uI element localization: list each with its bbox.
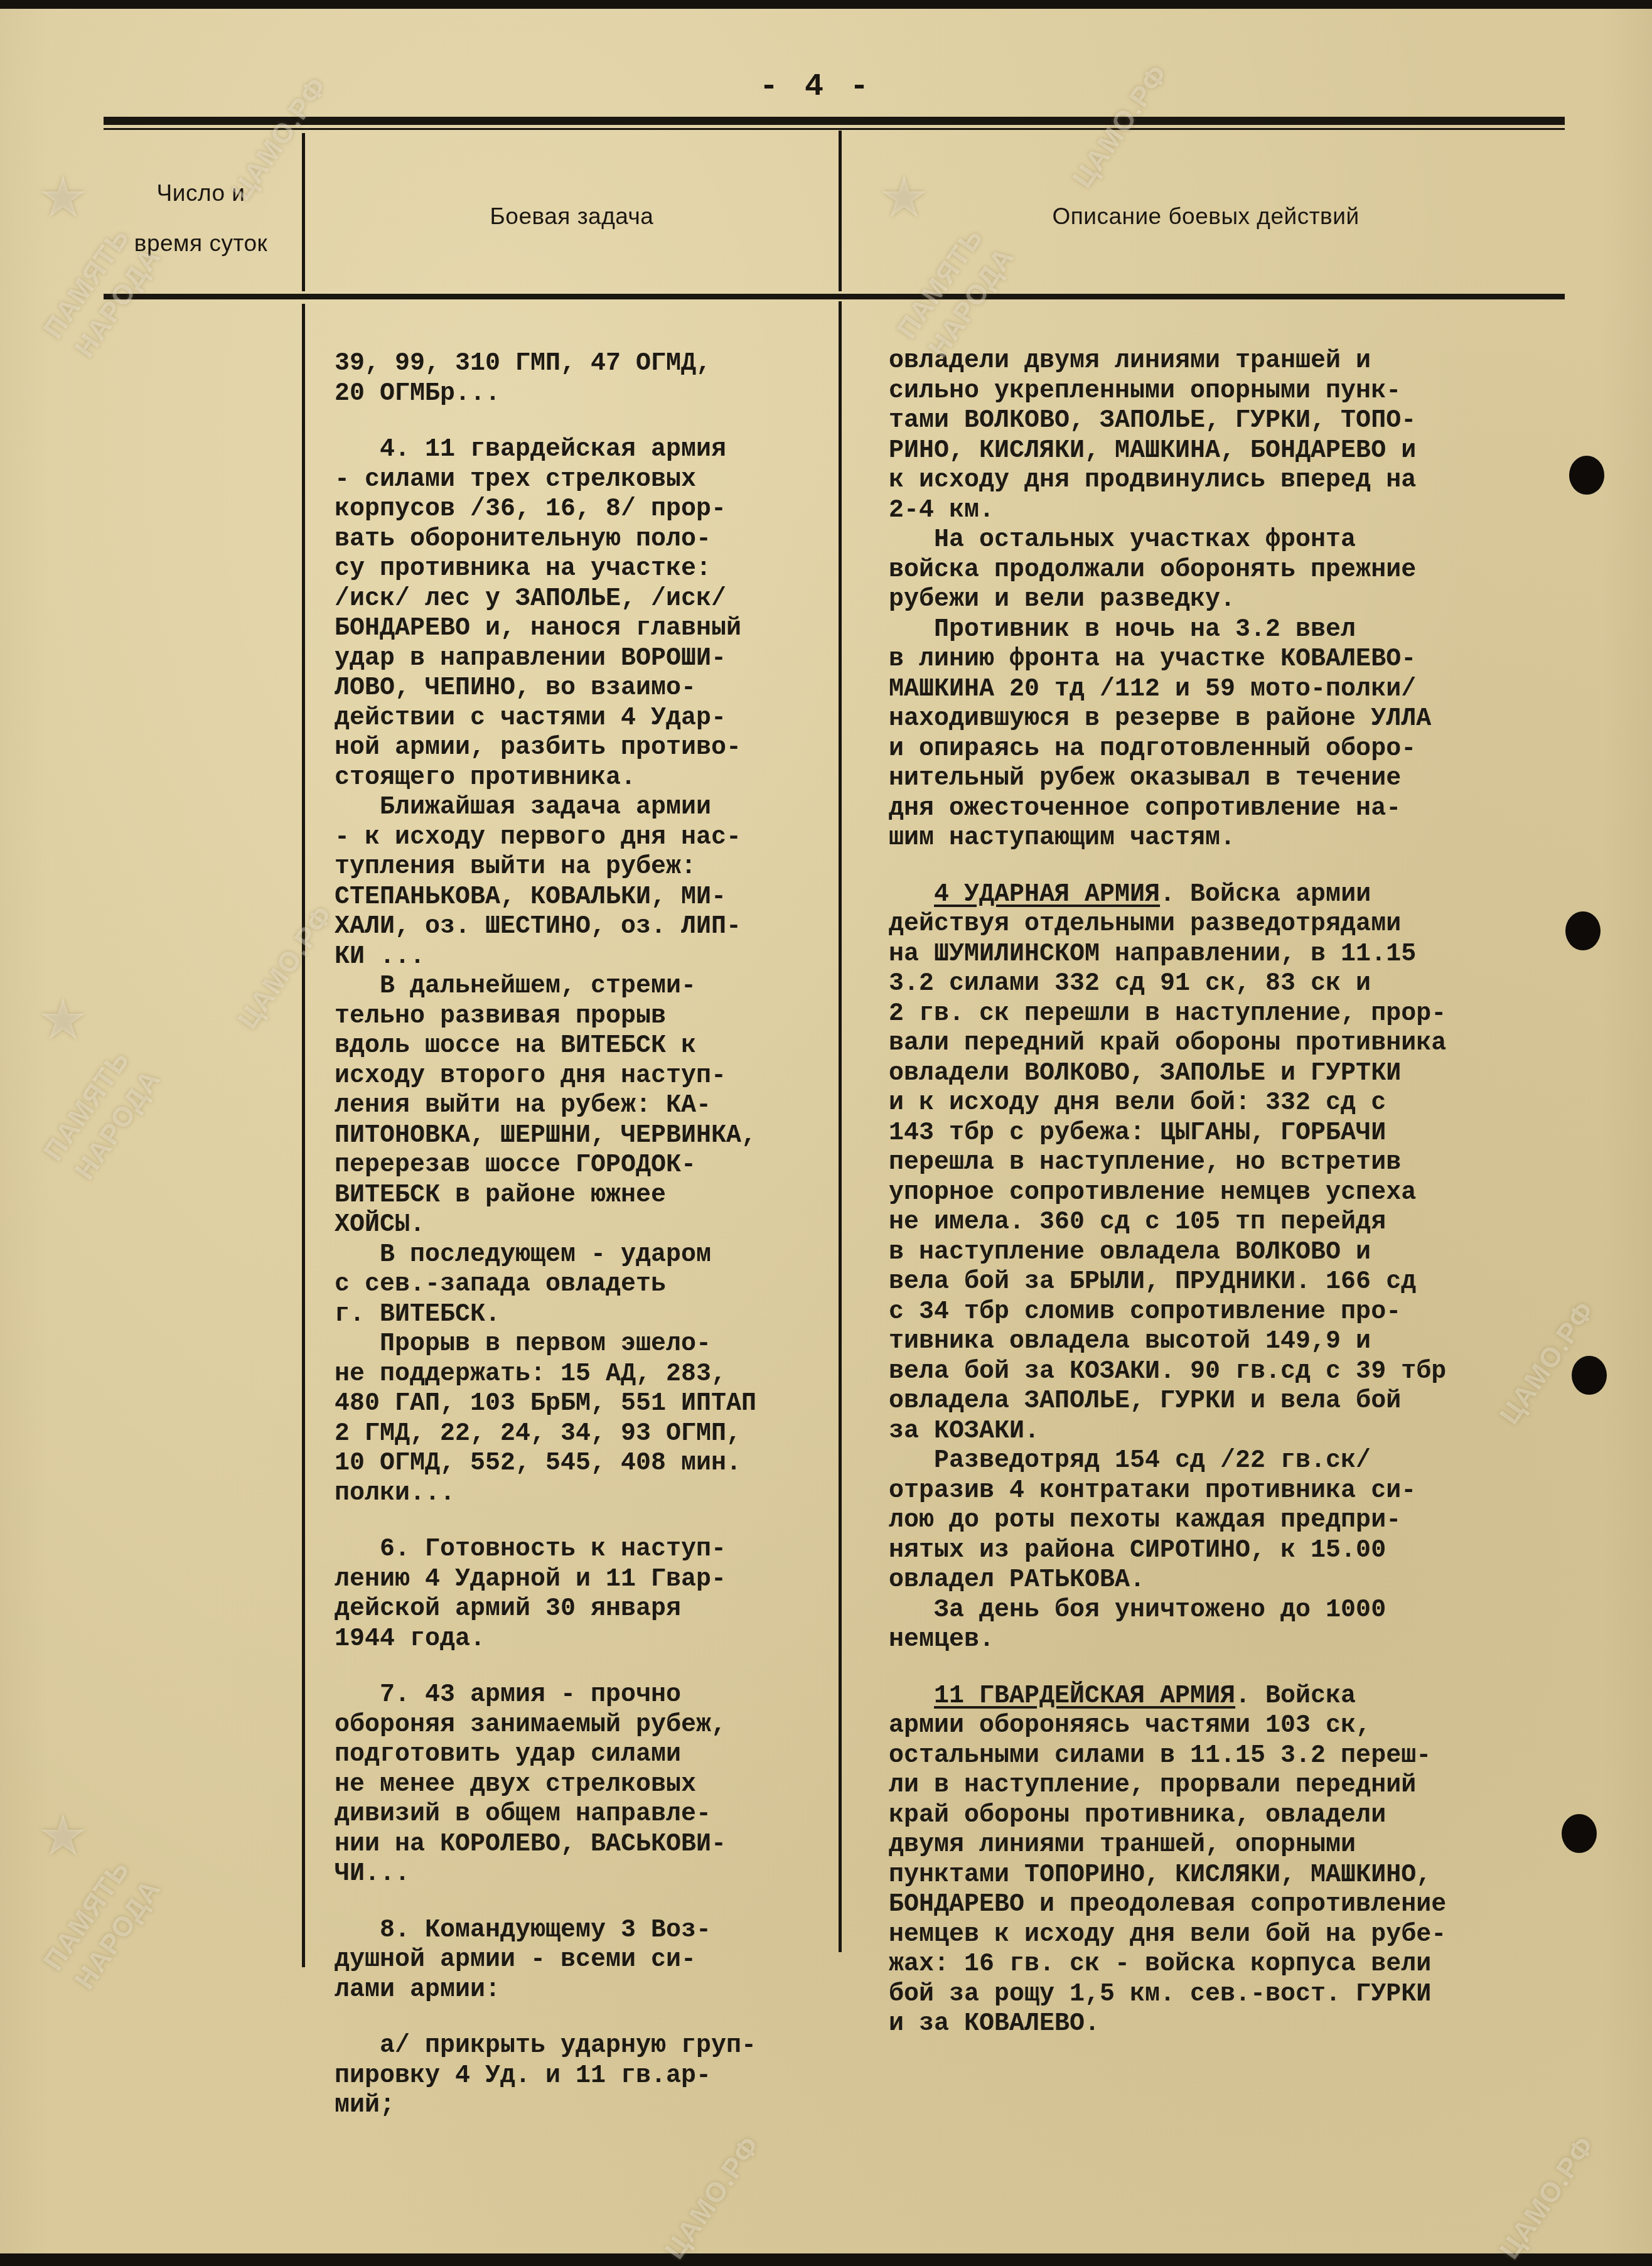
text-line: и за КОВАЛЕВО. — [889, 2009, 1446, 2039]
text-line: дня ожесточенное сопротивление на- — [889, 794, 1446, 824]
text-line: - к исходу первого дня нас- — [335, 823, 756, 853]
text-line: На остальных участках фронта — [889, 525, 1446, 556]
text-line: 39, 99, 310 ГМП, 47 ОГМД, — [335, 349, 756, 379]
watermark-star-icon: ★ — [879, 169, 935, 226]
text-line: Ближайшая задача армии — [335, 793, 756, 823]
text-line: СТЕПАНЬКОВА, КОВАЛЬКИ, МИ- — [335, 883, 756, 913]
underlined-heading: 4 УДАРНАЯ АРМИЯ — [934, 881, 1160, 909]
text-line: душной армии - всеми си- — [335, 1945, 756, 1975]
text-line: ВИТЕБСК в районе южнее — [335, 1181, 756, 1211]
text-line: мий; — [335, 2091, 756, 2121]
text-line: шим наступающим частям. — [889, 824, 1446, 854]
text-line: не поддержать: 15 АД, 283, — [335, 1360, 756, 1390]
text-line: вали передний край обороны противника — [889, 1029, 1446, 1059]
text-line: В дальнейшем, стреми- — [335, 972, 756, 1002]
text-line: 8. Командующему 3 Воз- — [335, 1916, 756, 1946]
text-line: лами армии: — [335, 1975, 756, 2006]
text-line: 2-4 км. — [889, 496, 1446, 526]
text-line: овладели двумя линиями траншей и — [889, 346, 1446, 377]
text-line: 4 УДАРНАЯ АРМИЯ. Войска армии — [889, 880, 1446, 910]
watermark-archive: ЦАМО.РФ — [659, 2130, 766, 2265]
text-line: БОНДАРЕВО и преодолевая сопротивление — [889, 1890, 1446, 1920]
paragraph-gap — [335, 1654, 756, 1680]
text-line: войска продолжали оборонять прежние — [889, 556, 1446, 586]
punch-hole — [1569, 456, 1604, 495]
text-line: нительный рубеж оказывал в течение — [889, 764, 1446, 794]
text-line: 2 гв. ск перешли в наступление, прор- — [889, 999, 1446, 1029]
underlined-heading: 11 ГВАРДЕЙСКАЯ АРМИЯ — [934, 1682, 1235, 1710]
watermark-star-icon: ★ — [38, 169, 94, 226]
header-bottom-rule — [104, 294, 1565, 299]
text-line: обороняя занимаемый рубеж, — [335, 1710, 756, 1741]
text-line: в линию фронта на участке КОВАЛЕВО- — [889, 645, 1446, 675]
text-line: бой за рощу 1,5 км. сев.-вост. ГУРКИ — [889, 1980, 1446, 2010]
text-line: корпусов /36, 16, 8/ прор- — [335, 495, 756, 525]
text-line: 7. 43 армия - прочно — [335, 1680, 756, 1710]
text-line: а/ прикрыть ударную груп- — [335, 2031, 756, 2061]
text-line: двумя линиями траншей, опорными — [889, 1830, 1446, 1861]
text-line: и опираясь на подготовленный оборо- — [889, 734, 1446, 765]
text-line: удар в направлении ВОРОШИ- — [335, 644, 756, 674]
paragraph-gap — [335, 1889, 756, 1916]
paragraph-gap — [335, 1508, 756, 1535]
watermark-star-icon: ★ — [38, 992, 94, 1048]
text-line: - силами трех стрелковых — [335, 465, 756, 495]
text-line: Противник в ночь на 3.2 ввел — [889, 615, 1446, 645]
text-line: тельно развивая прорыв — [335, 1002, 756, 1032]
watermark-archive: ЦАМО.РФ — [1494, 2130, 1601, 2265]
text-line: край обороны противника, овладели — [889, 1801, 1446, 1831]
header-combat-task: Боевая задача — [305, 191, 839, 242]
text-line: 6. Готовность к наступ- — [335, 1535, 756, 1565]
page-number: - 4 - — [741, 69, 891, 105]
text-line: отразив 4 контратаки противника си- — [889, 1476, 1446, 1506]
watermark-archive: ЦАМО.РФ — [232, 900, 340, 1035]
text-line: на ШУМИЛИНСКОМ направлении, в 11.15 — [889, 940, 1446, 970]
header-combat-description: Описание боевых действий — [842, 191, 1570, 242]
text-line: МАШКИНА 20 тд /112 и 59 мото-полки/ — [889, 675, 1446, 705]
paragraph-gap — [889, 854, 1446, 880]
paragraph-gap — [335, 409, 756, 435]
text-line: стоящего противника. — [335, 763, 756, 793]
text-line: не имела. 360 сд с 105 тп перейдя — [889, 1208, 1446, 1238]
text-line: немцев. — [889, 1625, 1446, 1655]
text-line: нятых из района СИРОТИНО, к 15.00 — [889, 1536, 1446, 1566]
text-line: 2 ГМД, 22, 24, 34, 93 ОГМП, — [335, 1419, 756, 1449]
text-line: перешла в наступление, но встретив — [889, 1148, 1446, 1178]
text-line: с 34 тбр сломив сопротивление про- — [889, 1297, 1446, 1328]
text-line: полки... — [335, 1479, 756, 1509]
text-line: нии на КОРОЛЕВО, ВАСЬКОВИ- — [335, 1830, 756, 1860]
punch-hole — [1562, 1814, 1597, 1853]
text-line: с сев.-запада овладеть — [335, 1270, 756, 1300]
text-line: рубежи и вели разведку. — [889, 585, 1446, 615]
text-line: вдоль шоссе на ВИТЕБСК к — [335, 1031, 756, 1061]
text-line: 480 ГАП, 103 БрБМ, 551 ИПТАП — [335, 1389, 756, 1419]
watermark-archive: ЦАМО.РФ — [1067, 59, 1174, 194]
header-top-rule — [104, 117, 1565, 125]
text-line: армии обороняясь частями 103 ск, — [889, 1711, 1446, 1741]
text-line: ПИТОНОВКА, ШЕРШНИ, ЧЕРВИНКА, — [335, 1121, 756, 1151]
text-line: 143 тбр с рубежа: ЦЫГАНЫ, ГОРБАЧИ — [889, 1119, 1446, 1149]
paragraph-gap — [335, 2005, 756, 2031]
text-line: исходу второго дня наступ- — [335, 1061, 756, 1092]
text-line: ЛОВО, ЧЕПИНО, во взаимо- — [335, 674, 756, 704]
text-line: ли в наступление, прорвали передний — [889, 1771, 1446, 1801]
text-line: За день боя уничтожено до 1000 — [889, 1596, 1446, 1626]
text-line: Прорыв в первом эшело- — [335, 1329, 756, 1360]
text-line: ХАЛИ, оз. ШЕСТИНО, оз. ЛИП- — [335, 912, 756, 942]
combat-task-column: 39, 99, 310 ГМП, 47 ОГМД,20 ОГМБр... 4. … — [335, 349, 756, 2121]
text-line: в наступление овладела ВОЛКОВО и — [889, 1238, 1446, 1268]
text-line: г. ВИТЕБСК. — [335, 1300, 756, 1330]
text-line: и к исходу дня вели бой: 332 сд с — [889, 1088, 1446, 1119]
text-line: 3.2 силами 332 сд 91 ск, 83 ск и — [889, 969, 1446, 999]
text-line: к исходу дня продвинулись вперед на — [889, 466, 1446, 496]
text-line: тивника овладела высотой 149,9 и — [889, 1327, 1446, 1357]
scan-bottom-edge — [0, 2253, 1652, 2266]
combat-description-column: овладели двумя линиями траншей исильно у… — [889, 346, 1446, 2039]
text-line: остальными силами в 11.15 3.2 переш- — [889, 1741, 1446, 1771]
text-line: 11 ГВАРДЕЙСКАЯ АРМИЯ. Войска — [889, 1682, 1446, 1712]
text-line: БОНДАРЕВО и, нанося главный — [335, 614, 756, 644]
punch-hole — [1572, 1356, 1607, 1395]
text-line: находившуюся в резерве в районе УЛЛА — [889, 704, 1446, 734]
text-line: лению 4 Ударной и 11 Гвар- — [335, 1565, 756, 1595]
column-divider-1 — [302, 304, 305, 1967]
text-line: подготовить удар силами — [335, 1740, 756, 1770]
text-line: пунктами ТОПОРИНО, КИСЛЯКИ, МАШКИНО, — [889, 1861, 1446, 1891]
text-line: В последующем - ударом — [335, 1240, 756, 1270]
text-line: вать оборонительную поло- — [335, 525, 756, 555]
scan-top-edge — [0, 0, 1652, 9]
paragraph-gap — [889, 1655, 1446, 1682]
text-line: КИ ... — [335, 942, 756, 972]
text-line: ления выйти на рубеж: КА- — [335, 1091, 756, 1121]
text-line: жах: 16 гв. ск - войска корпуса вели — [889, 1950, 1446, 1980]
text-line: пировку 4 Уд. и 11 гв.ар- — [335, 2061, 756, 2091]
text-line: вела бой за БРЫЛИ, ПРУДНИКИ. 166 сд — [889, 1267, 1446, 1297]
text-line: ЧИ... — [335, 1859, 756, 1889]
header-top-rule-thin — [104, 128, 1565, 130]
text-line: овладел РАТЬКОВА. — [889, 1565, 1446, 1596]
text-line: не менее двух стрелковых — [335, 1770, 756, 1800]
text-line: сильно укрепленными опорными пунк- — [889, 377, 1446, 407]
text-line: 20 ОГМБр... — [335, 379, 756, 409]
column-divider-2 — [839, 301, 842, 1952]
text-line: РИНО, КИСЛЯКИ, МАШКИНА, БОНДАРЕВО и — [889, 436, 1446, 466]
text-line: упорное сопротивление немцев успеха — [889, 1178, 1446, 1208]
text-line: тами ВОЛКОВО, ЗАПОЛЬЕ, ГУРКИ, ТОПО- — [889, 406, 1446, 436]
text-line: вела бой за КОЗАКИ. 90 гв.сд с 39 тбр — [889, 1357, 1446, 1387]
text-line: Разведотряд 154 сд /22 гв.ск/ — [889, 1446, 1446, 1476]
text-line: 10 ОГМД, 552, 545, 408 мин. — [335, 1449, 756, 1479]
text-line: лою до роты пехоты каждая предпри- — [889, 1506, 1446, 1536]
text-line: 1944 года. — [335, 1624, 756, 1655]
text-line: дейской армий 30 января — [335, 1594, 756, 1624]
text-line: перерезав шоссе ГОРОДОК- — [335, 1151, 756, 1181]
text-line: су противника на участке: — [335, 554, 756, 584]
text-line: действуя отдельными разведотрядами — [889, 910, 1446, 940]
punch-hole — [1565, 911, 1601, 950]
text-line: ной армии, разбить противо- — [335, 733, 756, 763]
text-line: дивизий в общем направле- — [335, 1800, 756, 1830]
text-line: действии с частями 4 Удар- — [335, 704, 756, 734]
text-line: /иск/ лес у ЗАПОЛЬЕ, /иск/ — [335, 584, 756, 615]
text-line: ХОЙСЫ. — [335, 1210, 756, 1240]
text-line: за КОЗАКИ. — [889, 1417, 1446, 1447]
text-line: немцев к исходу дня вели бой на рубе- — [889, 1920, 1446, 1950]
text-line: 4. 11 гвардейская армия — [335, 435, 756, 465]
watermark-star-icon: ★ — [38, 1808, 94, 1864]
text-line: овладела ЗАПОЛЬЕ, ГУРКИ и вела бой — [889, 1387, 1446, 1417]
text-line: тупления выйти на рубеж: — [335, 852, 756, 883]
text-line: овладели ВОЛКОВО, ЗАПОЛЬЕ и ГУРТКИ — [889, 1059, 1446, 1089]
